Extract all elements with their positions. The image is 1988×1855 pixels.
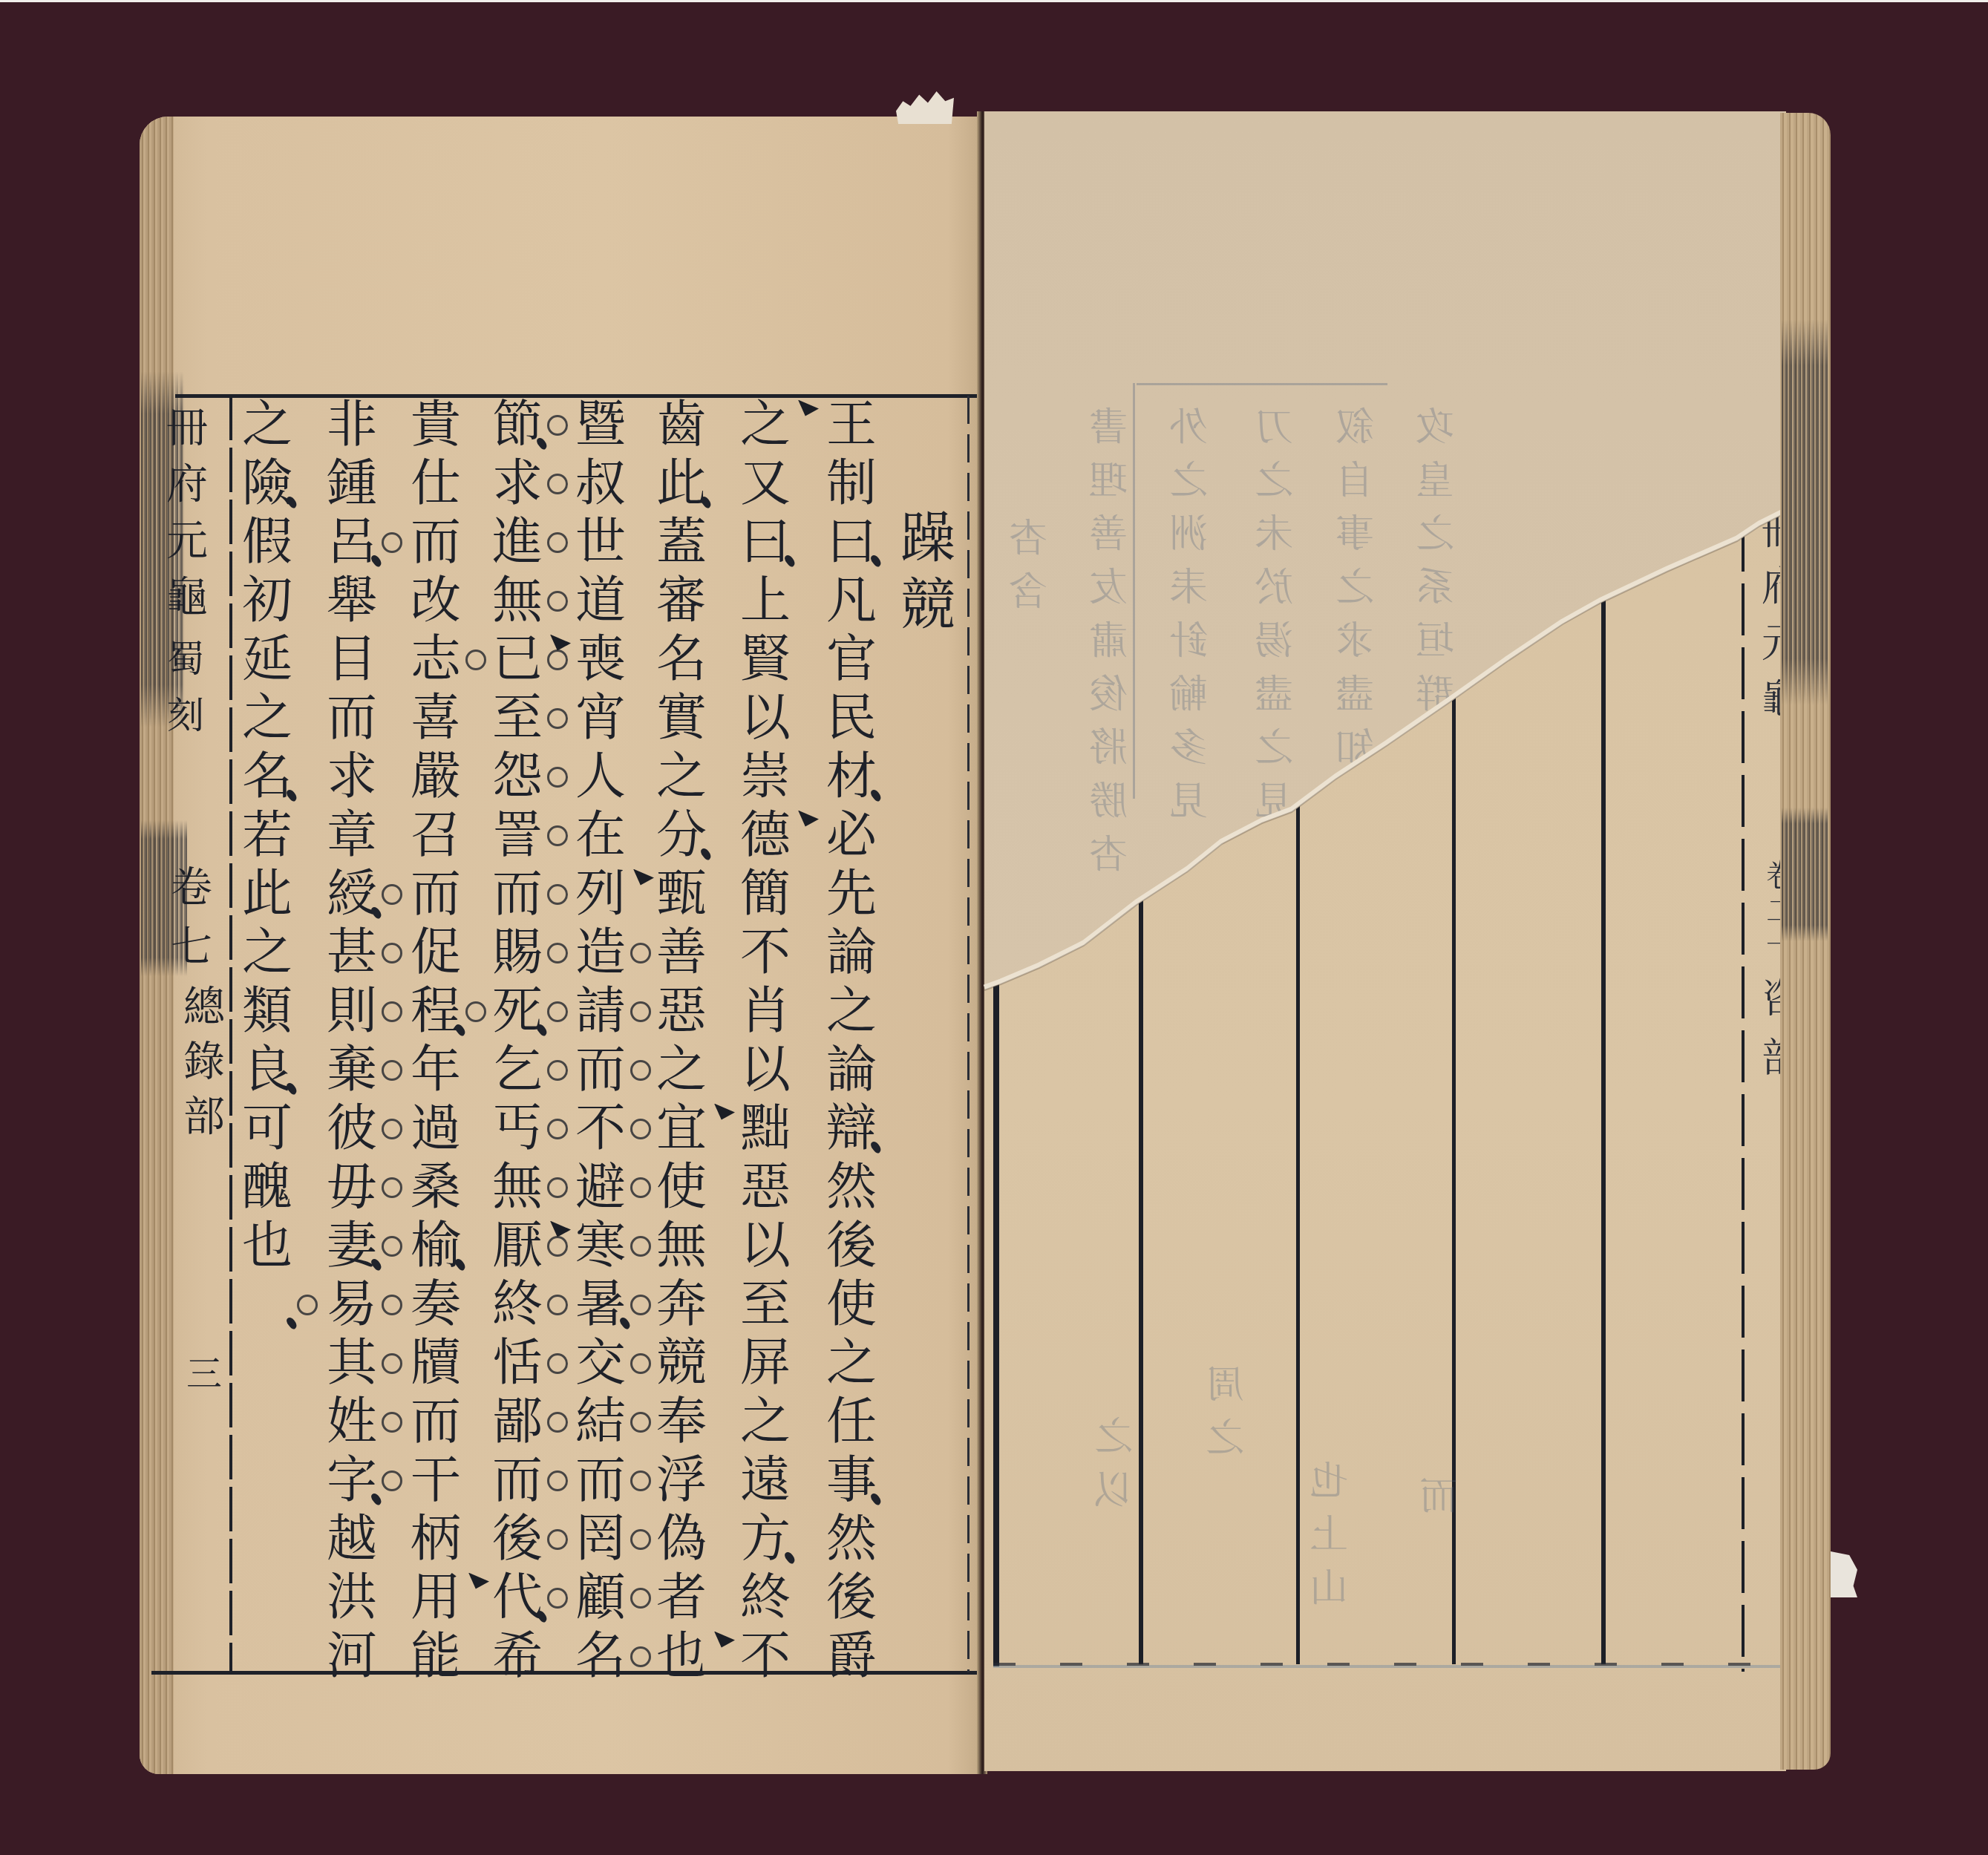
fore-edge-ink-smudge [1782, 319, 1828, 705]
tear-edge [0, 0, 1988, 1855]
right-page: 之以 周之 也上山 而 冊府元龜 卷二十 咨部 攻皇之系垣群 叙自事之求盡知 刀… [0, 0, 1988, 1855]
fore-edge-ink-smudge [1782, 808, 1828, 941]
